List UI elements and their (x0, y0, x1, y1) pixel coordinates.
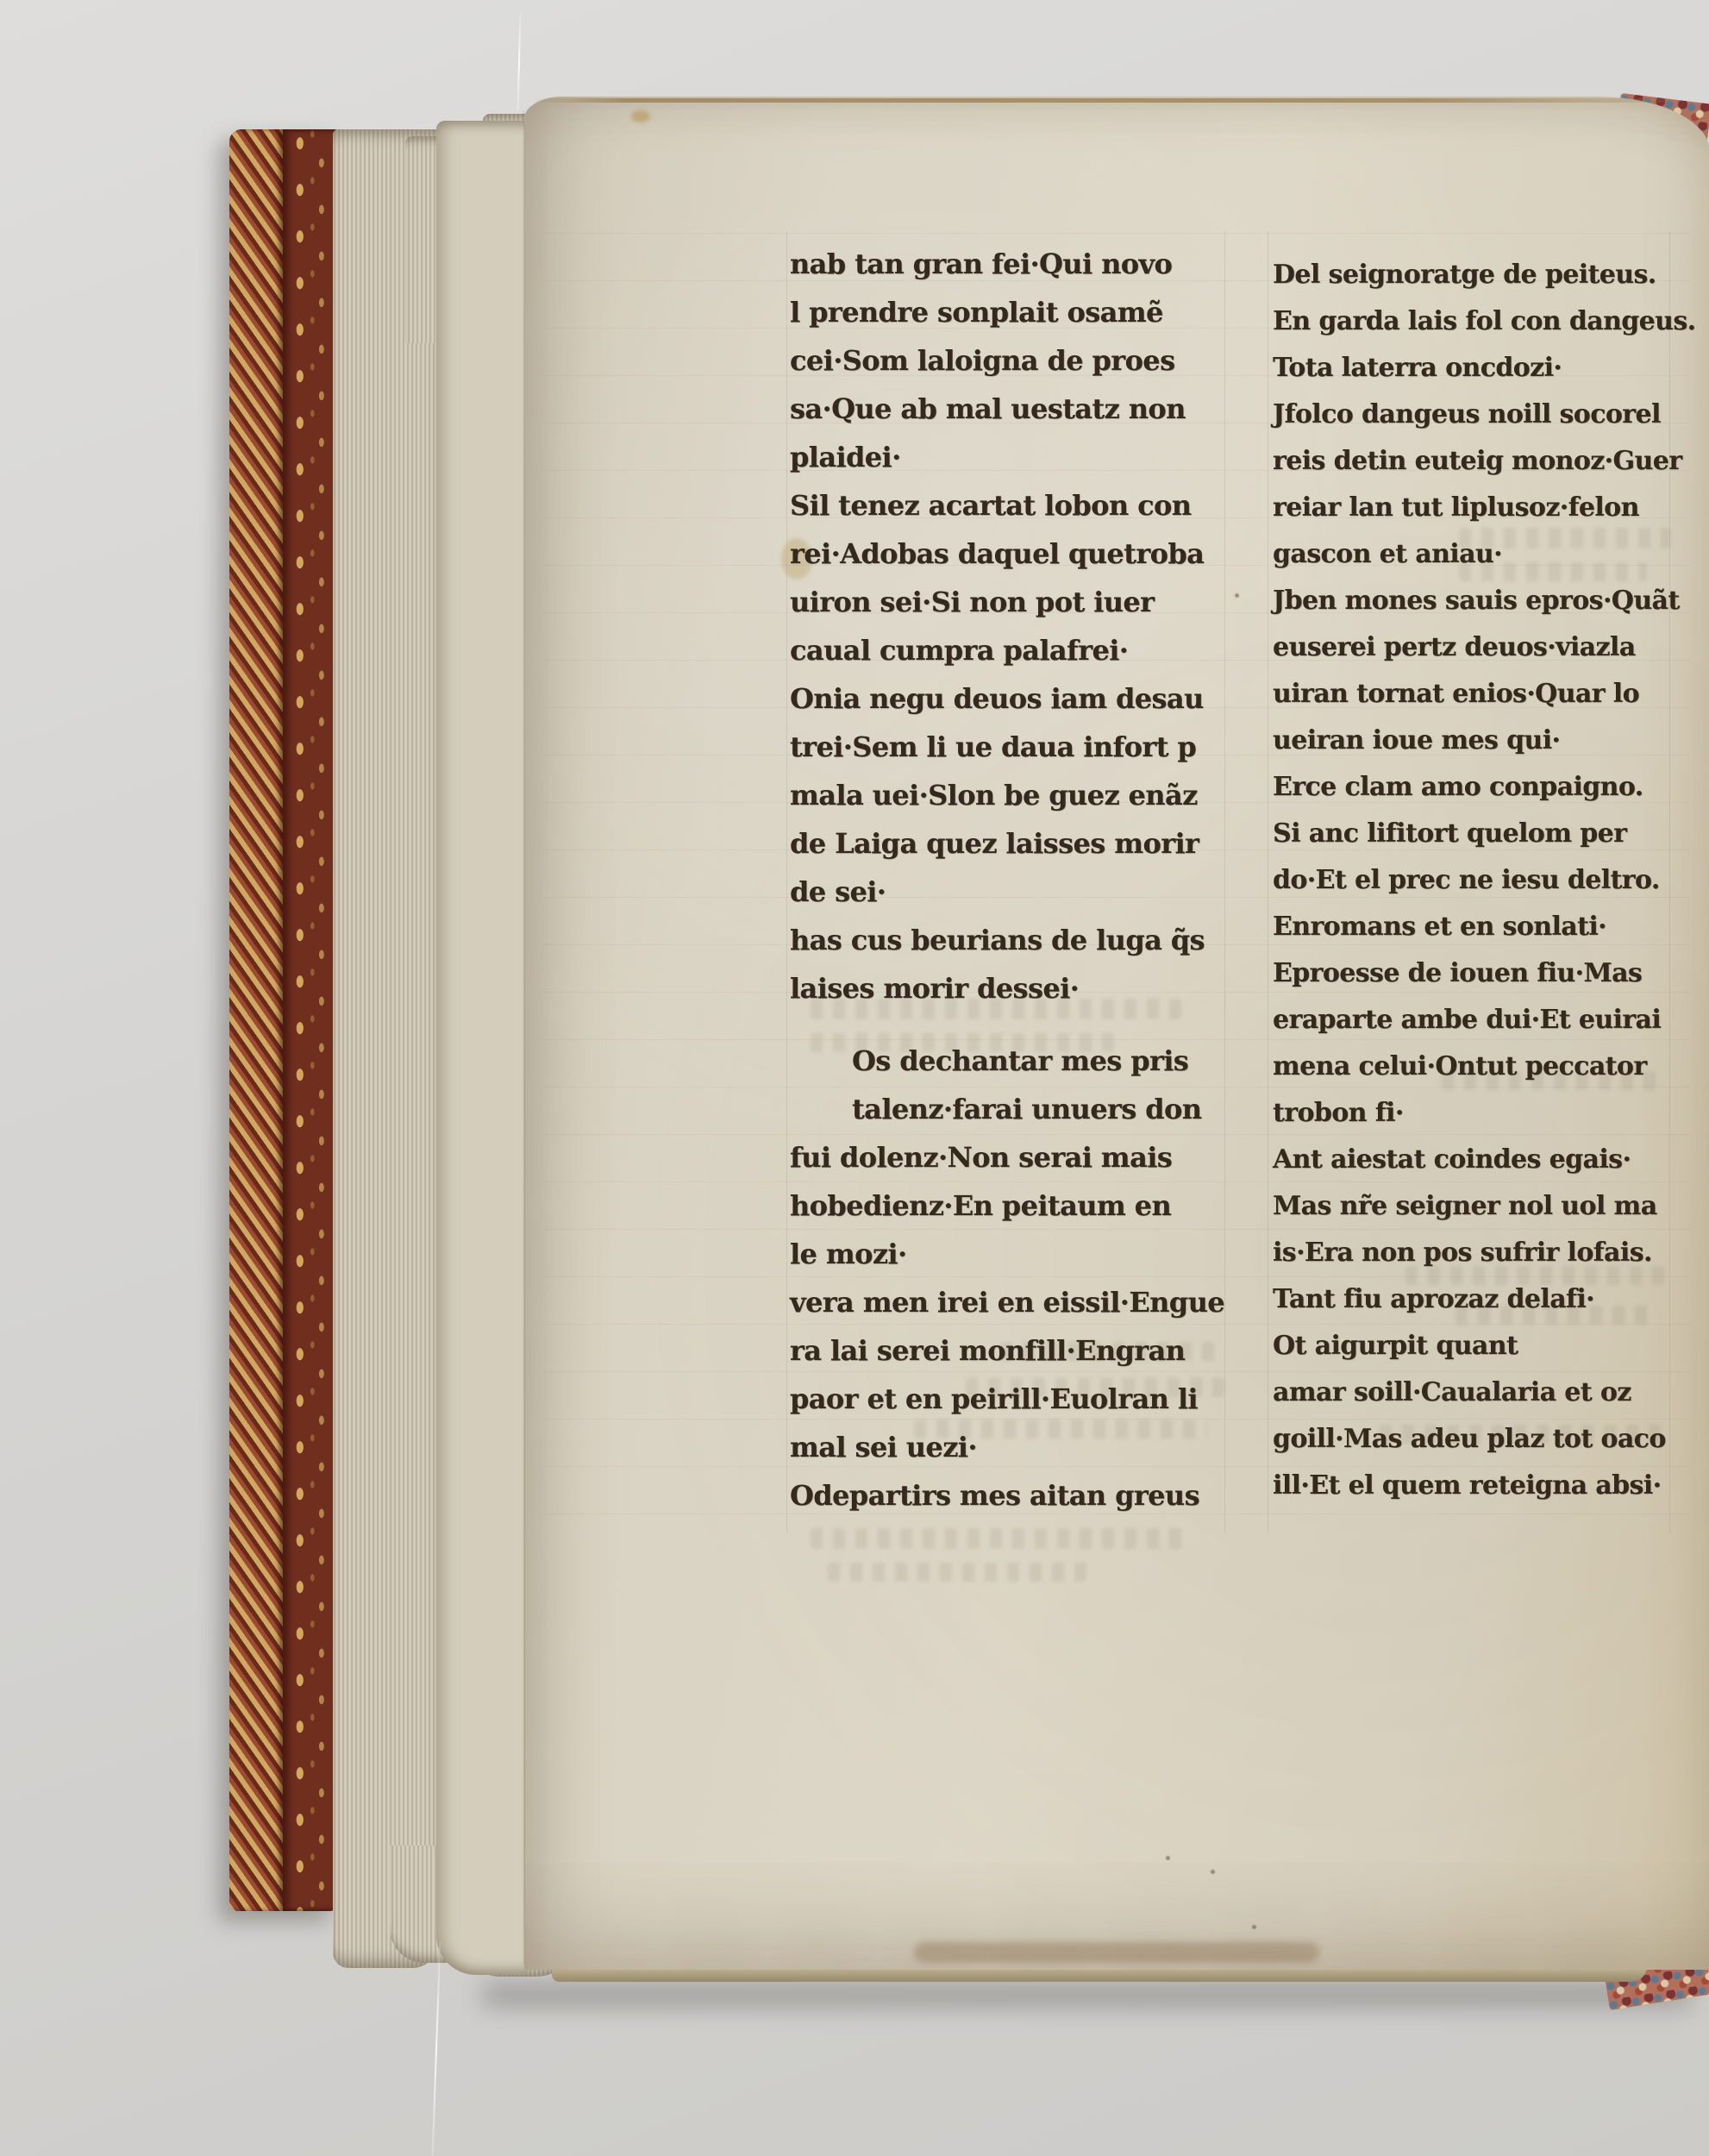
text-line: talenz·farai unuers don (790, 1085, 1224, 1133)
speck (1235, 593, 1239, 598)
stain (914, 1942, 1319, 1963)
text-line: Jben mones sauis epros·Quãt (1273, 578, 1678, 624)
conservation-thread-top (517, 14, 522, 110)
text-line: euserei pertz deuos·viazla (1273, 624, 1678, 671)
text-line: mena celui·Ontut peccator (1273, 1044, 1678, 1090)
page-top-edge (534, 98, 1670, 103)
text-line: Tota laterra oncdozi· (1273, 345, 1678, 392)
binding-board (229, 129, 340, 1911)
text-line: ueiran ioue mes qui· (1273, 718, 1678, 764)
text-line: Mas nr̃e seigner nol uol ma (1273, 1183, 1678, 1230)
stain (631, 110, 650, 122)
text-line: amar soill·Caualaria et oz (1273, 1369, 1678, 1416)
page-edges-stack (333, 129, 438, 1968)
text-line: gascon et aniau· (1273, 531, 1678, 578)
text-line: vera men irei en eissil·Engue (790, 1278, 1224, 1326)
speck (1166, 1856, 1170, 1860)
text-line: mala uei·Slon be guez enãz (790, 771, 1224, 819)
text-line: do·Et el prec ne iesu deltro. (1273, 857, 1678, 904)
gold-floral-tooling (283, 129, 340, 1911)
speck (1211, 1870, 1215, 1874)
text-line: plaidei· (790, 433, 1224, 481)
text-line: Sil tenez acartat lobon con (790, 481, 1224, 530)
text-column-right: Del seignoratge de peiteus.En garda lais… (1273, 252, 1678, 1509)
ruling-vertical (1268, 231, 1268, 1533)
text-line: nab tan gran fei·Qui novo (790, 240, 1224, 288)
text-line: is·Era non pos sufrir lofais. (1273, 1230, 1678, 1276)
text-line: sa·Que ab mal uestatz non (790, 385, 1224, 433)
text-line: hobedienz·En peitaum en (790, 1181, 1224, 1230)
text-line: eraparte ambe dui·Et euirai (1273, 997, 1678, 1044)
text-line: goill·Mas adeu plaz tot oaco (1273, 1416, 1678, 1463)
text-line: ill·Et el quem reteigna absi· (1273, 1463, 1678, 1509)
text-line: Ant aiestat coindes egais· (1273, 1137, 1678, 1183)
ruling-vertical (1224, 231, 1225, 1533)
text-line: uiron sei·Si non pot iuer (790, 578, 1224, 626)
text-line: Eproesse de iouen fiu·Mas (1273, 950, 1678, 997)
text-line: de Laiga quez laisses morir (790, 819, 1224, 868)
text-line: rei·Adobas daquel quetroba (790, 530, 1224, 578)
text-line: caual cumpra palafrei· (790, 626, 1224, 674)
text-line: le mozi· (790, 1230, 1224, 1278)
text-line: fui dolenz·Non serai mais (790, 1133, 1224, 1181)
text-line: En garda lais fol con dangeus. (1273, 298, 1678, 345)
text-line: has cus beurians de luga q̃s (790, 916, 1224, 964)
text-line: trei·Sem li ue daua infort p (790, 723, 1224, 771)
text-line: laises morir dessei· (790, 964, 1224, 1012)
text-line: paor et en peirill·Euolran li (790, 1375, 1224, 1423)
conservation-thread-bottom (432, 1942, 441, 2156)
ruling-vertical (786, 231, 787, 1533)
text-line: trobon fi· (1273, 1090, 1678, 1137)
text-line: l prendre sonplait osamẽ (790, 288, 1224, 336)
text-line: Tant fiu aprozaz delafi· (1273, 1276, 1678, 1323)
text-line: Odepartirs mes aitan greus (790, 1471, 1224, 1520)
text-line: Si anc lifitort quelom per (1273, 811, 1678, 857)
text-line: Erce clam amo conpaigno. (1273, 764, 1678, 811)
text-line: ra lai serei monfill·Engran (790, 1326, 1224, 1375)
text-line: mal sei uezi· (790, 1423, 1224, 1471)
text-line: Os dechantar mes pris (790, 1037, 1224, 1085)
text-line: Ot aigurpit quant (1273, 1323, 1678, 1369)
text-line: Del seignoratge de peiteus. (1273, 252, 1678, 298)
gutter-leaf (436, 121, 528, 1975)
text-line: reiar lan tut liplusoz·felon (1273, 485, 1678, 531)
text-column-left: nab tan gran fei·Qui novol prendre sonpl… (790, 240, 1224, 1520)
text-line: cei·Som laloigna de proes (790, 336, 1224, 385)
speck (1252, 1925, 1256, 1929)
text-line: Onia negu deuos iam desau (790, 674, 1224, 723)
text-line: Jfolco dangeus noill socorel (1273, 392, 1678, 438)
gold-rope-border (229, 129, 283, 1911)
text-line: reis detin euteig monoz·Guer (1273, 438, 1678, 485)
text-line: Enromans et en sonlati· (1273, 904, 1678, 950)
book-shadow (483, 1984, 1690, 2006)
photo-backdrop: nab tan gran fei·Qui novol prendre sonpl… (0, 0, 1709, 2156)
gutter-crease (523, 110, 524, 1965)
text-line: uiran tornat enios·Quar lo (1273, 671, 1678, 718)
text-line: de sei· (790, 868, 1224, 916)
